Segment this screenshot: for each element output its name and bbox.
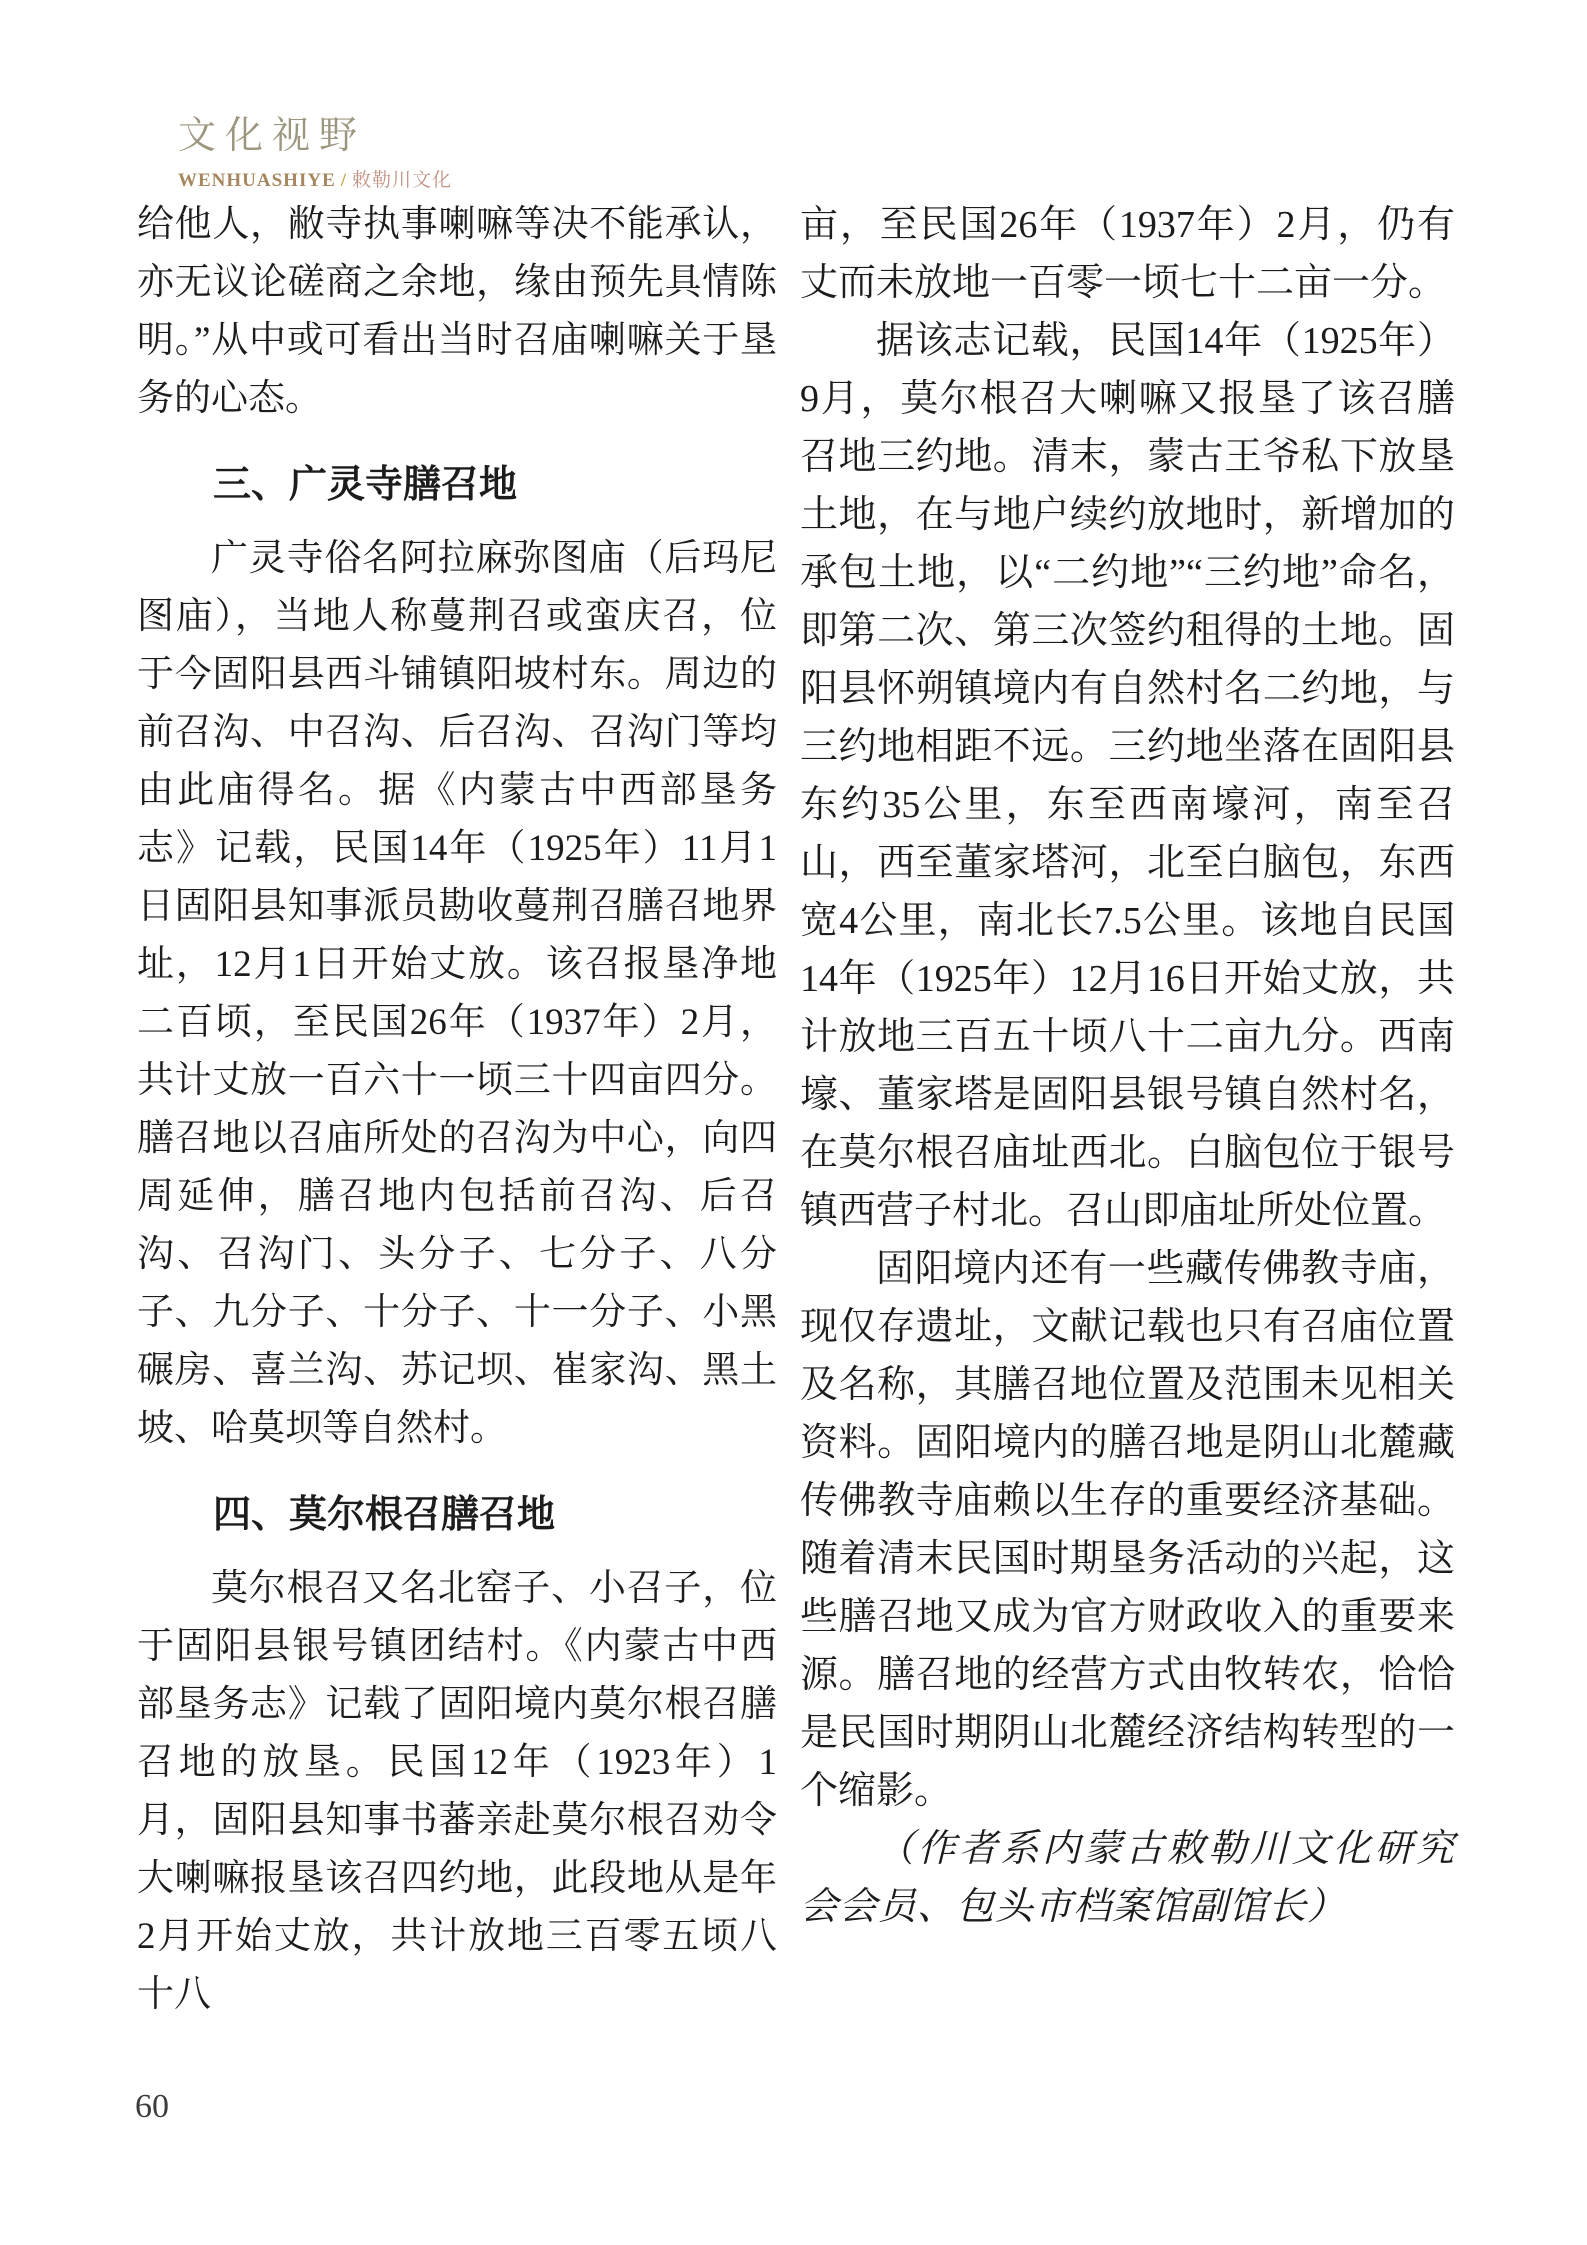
masthead-pinyin: WENHUASHIYE <box>178 170 336 191</box>
masthead: 文化视野 WENHUASHIYE/敕勒川文化 <box>178 104 452 192</box>
masthead-separator: / <box>336 170 352 191</box>
body-paragraph: 广灵寺俗名阿拉麻弥图庙（后玛尼图庙），当地人称蔓荆召或蛮庆召，位于今固阳县西斗铺… <box>137 530 777 1458</box>
body-paragraph: 亩，至民国26年（1937年）2月，仍有丈而未放地一百零一顷七十二亩一分。 <box>800 196 1455 312</box>
magazine-section-title: 文化视野 <box>178 104 452 159</box>
body-paragraph: 莫尔根召又名北窑子、小召子，位于固阳县银号镇团结村。《内蒙古中西部垦务志》记载了… <box>137 1560 777 2024</box>
body-paragraph: 给他人，敝寺执事喇嘛等决不能承认，亦无议论磋商之余地，缘由预先具情陈明。”从中或… <box>137 196 777 428</box>
body-paragraph: 据该志记载，民国14年（1925年）9月，莫尔根召大喇嘛又报垦了该召膳召地三约地… <box>800 312 1455 1240</box>
magazine-page: 文化视野 WENHUASHIYE/敕勒川文化 给他人，敝寺执事喇嘛等决不能承认，… <box>0 0 1587 2245</box>
masthead-subtitle: WENHUASHIYE/敕勒川文化 <box>178 165 452 192</box>
body-paragraph: （作者系内蒙古敕勒川文化研究会会员、包头市档案馆副馆长） <box>800 1820 1455 1936</box>
body-paragraph: 固阳境内还有一些藏传佛教寺庙，现仅存遗址，文献记载也只有召庙位置及名称，其膳召地… <box>800 1240 1455 1820</box>
section-heading: 四、莫尔根召膳召地 <box>137 1486 777 1544</box>
masthead-series-name: 敕勒川文化 <box>352 170 452 191</box>
page-number: 60 <box>135 2088 169 2126</box>
section-heading: 三、广灵寺膳召地 <box>137 456 777 514</box>
right-column: 亩，至民国26年（1937年）2月，仍有丈而未放地一百零一顷七十二亩一分。据该志… <box>800 196 1455 1936</box>
left-column: 给他人，敝寺执事喇嘛等决不能承认，亦无议论磋商之余地，缘由预先具情陈明。”从中或… <box>137 196 777 2024</box>
